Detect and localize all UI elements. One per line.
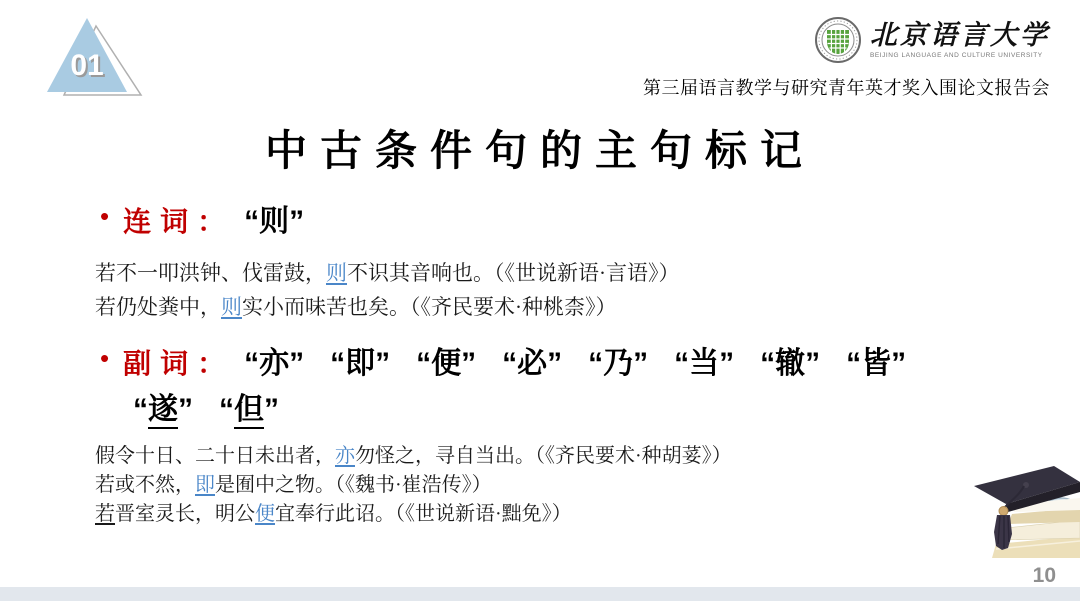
sentence-text: 勿怪之，寻自当出。（《齐民要术·种胡荽》）: [355, 445, 732, 467]
adverb-examples: 假令十日、二十日未出者，亦勿怪之，寻自当出。（《齐民要术·种胡荽》）若或不然，即…: [95, 442, 732, 529]
term-text: 亦: [259, 347, 289, 380]
sentence-text: 宜奉行此诏。（《世说新语·黜免》）: [275, 503, 572, 525]
university-logo: 北京语言大学 BEIJING LANGUAGE AND CULTURE UNIV…: [814, 16, 1050, 64]
term-text: “: [502, 347, 517, 380]
conjunction-examples: 若不一叩洪钟、伐雷鼓，则不识其音响也。（《世说新语·言语》）若仍处粪中，则实小而…: [95, 256, 680, 324]
term-text: “: [219, 393, 234, 426]
term-text: “: [588, 347, 603, 380]
quoted-term: “即”: [330, 347, 390, 380]
term-text: ”: [461, 347, 476, 380]
slide-title: 中古条件句的主句标记: [0, 118, 1080, 178]
term-text: ”: [264, 393, 279, 426]
term-text: ”: [289, 205, 304, 238]
quoted-term: “便”: [416, 347, 476, 380]
term-text: 遂: [148, 393, 178, 429]
example-sentence: 若仍处粪中，则实小而味苦也矣。（《齐民要术·种桃柰》）: [95, 290, 680, 324]
adverb-label: 副词：: [123, 348, 234, 379]
term-text: “: [244, 205, 259, 238]
presentation-slide: 01 01 北京语言大学 BEIJING LANGUAGE AND CULTUR…: [0, 0, 1080, 607]
section-number-text: 01: [70, 49, 103, 82]
graduation-cap-image: [966, 458, 1080, 570]
underlined-text: 若: [95, 503, 115, 525]
term-text: “: [244, 347, 259, 380]
sentence-text: 若或不然，: [95, 474, 195, 496]
quoted-term: “乃”: [588, 347, 648, 380]
quoted-term: “但”: [219, 393, 279, 426]
sentence-text: 若仍处粪中，: [95, 295, 221, 319]
university-seal-icon: [814, 16, 862, 64]
sentence-text: 若不一叩洪钟、伐雷鼓，: [95, 261, 326, 285]
term-text: 便: [431, 347, 461, 380]
conference-title: 第三届语言教学与研究青年英才奖入围论文报告会: [643, 74, 1050, 100]
bullet-conjunction: •连词：“则”: [100, 196, 330, 240]
term-text: ”: [891, 347, 906, 380]
term-text: 乃: [603, 347, 633, 380]
term-text: “: [674, 347, 689, 380]
term-text: 即: [345, 347, 375, 380]
marker-highlight: 便: [255, 503, 275, 525]
term-text: ”: [719, 347, 734, 380]
example-sentence: 假令十日、二十日未出者，亦勿怪之，寻自当出。（《齐民要术·种胡荽》）: [95, 442, 732, 471]
term-text: ”: [178, 393, 193, 426]
term-text: 但: [234, 393, 264, 429]
term-text: ”: [633, 347, 648, 380]
adverb-terms-row1: “亦”“即”“便”“必”“乃”“当”“辙”“皆”: [244, 360, 932, 377]
marker-highlight: 亦: [335, 445, 355, 467]
quoted-term: “遂”: [133, 393, 193, 426]
conjunction-terms: “则”: [244, 218, 330, 235]
term-text: 必: [517, 347, 547, 380]
page-number: 10: [1033, 564, 1056, 588]
university-name: 北京语言大学: [870, 22, 1050, 49]
quoted-term: “则”: [244, 205, 304, 238]
bullet-dot-icon: •: [100, 201, 109, 231]
footer-band: [0, 587, 1080, 601]
term-text: 皆: [861, 347, 891, 380]
term-text: 当: [689, 347, 719, 380]
quoted-term: “必”: [502, 347, 562, 380]
quoted-term: “辙”: [760, 347, 820, 380]
example-sentence: 若晋室灵长，明公便宜奉行此诏。（《世说新语·黜免》）: [95, 500, 732, 529]
term-text: 则: [259, 205, 289, 238]
term-text: “: [846, 347, 861, 380]
sentence-text: 晋室灵长，明公: [115, 503, 255, 525]
marker-highlight: 则: [221, 295, 242, 319]
section-number-badge: 01 01: [22, 6, 154, 102]
conjunction-label: 连词：: [123, 206, 234, 237]
term-text: “: [330, 347, 345, 380]
term-text: ”: [375, 347, 390, 380]
marker-highlight: 即: [195, 474, 215, 496]
adverb-terms-row2: “遂”“但”: [133, 406, 305, 423]
bullet-adverb: •副词：“亦”“即”“便”“必”“乃”“当”“辙”“皆”: [100, 338, 932, 382]
term-text: “: [416, 347, 431, 380]
bullet-dot-icon: •: [100, 343, 109, 373]
term-text: “: [760, 347, 775, 380]
sentence-text: 是囿中之物。（《魏书·崔浩传》）: [215, 474, 492, 496]
quoted-term: “皆”: [846, 347, 906, 380]
example-sentence: 若不一叩洪钟、伐雷鼓，则不识其音响也。（《世说新语·言语》）: [95, 256, 680, 290]
sentence-text: 实小而味苦也矣。（《齐民要术·种桃柰》）: [242, 295, 617, 319]
sentence-text: 假令十日、二十日未出者，: [95, 445, 335, 467]
quoted-term: “当”: [674, 347, 734, 380]
term-text: “: [133, 393, 148, 426]
term-text: 辙: [775, 347, 805, 380]
term-text: ”: [547, 347, 562, 380]
term-text: ”: [289, 347, 304, 380]
adverb-terms-row2-line: “遂”“但”: [133, 384, 305, 428]
marker-highlight: 则: [326, 261, 347, 285]
example-sentence: 若或不然，即是囿中之物。（《魏书·崔浩传》）: [95, 471, 732, 500]
quoted-term: “亦”: [244, 347, 304, 380]
term-text: ”: [805, 347, 820, 380]
sentence-text: 不识其音响也。（《世说新语·言语》）: [347, 261, 680, 285]
university-name-block: 北京语言大学 BEIJING LANGUAGE AND CULTURE UNIV…: [870, 22, 1050, 59]
university-name-en: BEIJING LANGUAGE AND CULTURE UNIVERSITY: [870, 52, 1050, 59]
